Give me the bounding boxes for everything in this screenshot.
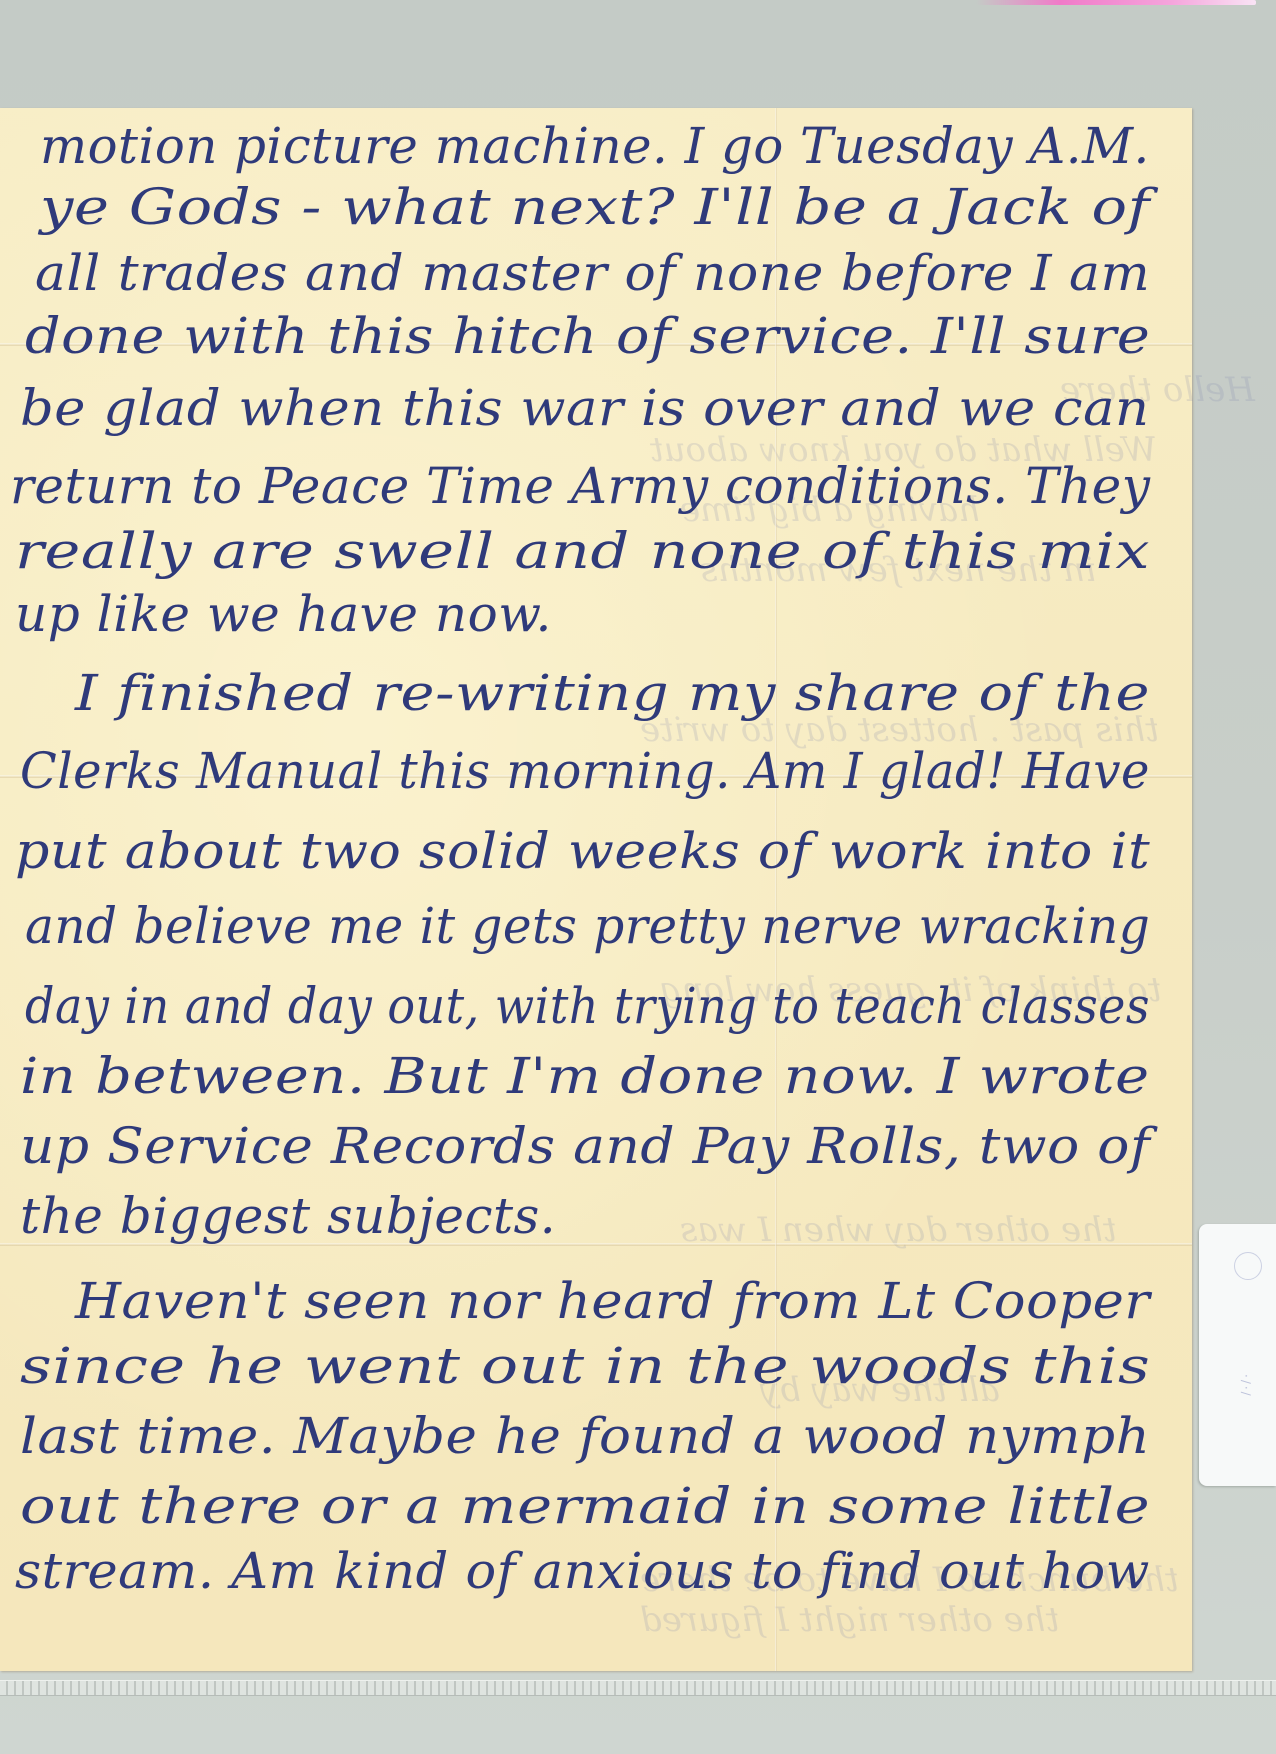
handwritten-line: be glad when this war is over and we can — [20, 383, 1149, 433]
handwritten-line: I finished re-writing my share of the — [75, 668, 1150, 718]
handwritten-line: up like we have now. — [15, 589, 552, 639]
handwritten-line: the biggest subjects. — [20, 1191, 556, 1241]
archive-tag: ·∕·∕ — [1199, 1224, 1276, 1486]
handwritten-line: return to Peace Time Army conditions. Th… — [10, 461, 1150, 511]
show-through-line: the other night I figured — [640, 1600, 1059, 1640]
handwritten-line: all trades and master of none before I a… — [35, 248, 1150, 298]
handwritten-line: ye Gods - what next? I'll be a Jack of — [40, 182, 1150, 232]
handwritten-line: day in and day out, with trying to teach… — [25, 981, 1150, 1031]
tag-circled-mark — [1234, 1252, 1262, 1280]
tag-pencil-mark: ·∕·∕ — [1235, 1374, 1253, 1398]
handwritten-line: and believe me it gets pretty nerve wrac… — [25, 901, 1150, 951]
handwritten-line: since he went out in the woods this — [20, 1341, 1150, 1391]
handwritten-line: really are swell and none of this mix — [15, 526, 1150, 576]
handwritten-line: motion picture machine. I go Tuesday A.M… — [40, 121, 1150, 171]
handwritten-line: up Service Records and Pay Rolls, two of — [20, 1121, 1150, 1171]
handwritten-line: out there or a mermaid in some little — [20, 1481, 1150, 1531]
handwritten-line: Clerks Manual this morning. Am I glad! H… — [20, 746, 1150, 796]
handwritten-line: put about two solid weeks of work into i… — [15, 826, 1150, 876]
archival-sleeve-edge — [0, 1680, 1276, 1696]
handwritten-line: Haven't seen nor heard from Lt Cooper — [75, 1276, 1150, 1326]
handwritten-line: last time. Maybe he found a wood nymph — [20, 1411, 1150, 1461]
letter-page: Hello thereWell what do you know aboutha… — [0, 108, 1192, 1671]
pink-edge-mark — [976, 0, 1256, 5]
handwritten-line: done with this hitch of service. I'll su… — [25, 311, 1150, 361]
handwritten-line: in between. But I'm done now. I wrote — [20, 1051, 1150, 1101]
handwritten-line: stream. Am kind of anxious to find out h… — [15, 1546, 1150, 1596]
